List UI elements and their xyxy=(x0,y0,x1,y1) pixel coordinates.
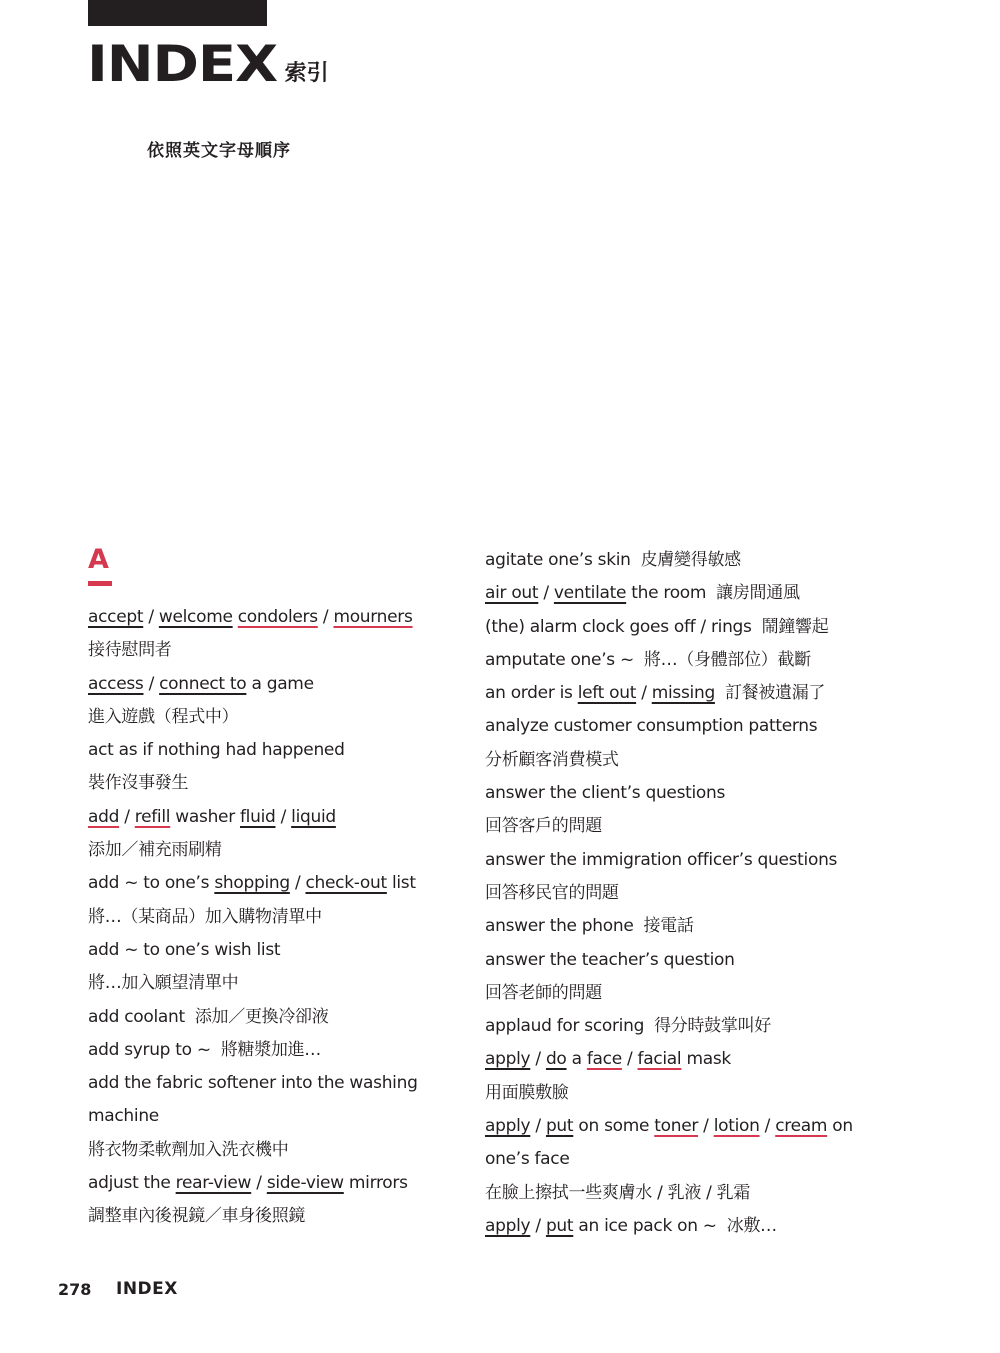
entry-text: 回答老師的問題 xyxy=(485,983,602,1003)
index-entry-line: add the fabric softener into the washing xyxy=(88,1067,488,1100)
entry-list-right: agitate one’s skin皮膚變得敏感air out / ventil… xyxy=(485,544,885,1243)
underlined-term: apply xyxy=(485,1116,530,1136)
underlined-term: air out xyxy=(485,583,538,603)
header-decor-bar xyxy=(88,0,267,26)
index-entry-line: add coolant添加／更換冷卻液 xyxy=(88,1001,488,1034)
index-entry-line: apply / put an ice pack on ~冰敷… xyxy=(485,1210,885,1243)
entry-text: / xyxy=(530,1049,546,1069)
page-title: INDEX 索引 xyxy=(87,36,329,86)
underlined-term: rear-view xyxy=(176,1173,252,1193)
index-entry-line: accept / welcome condolers / mourners xyxy=(88,601,488,634)
highlighted-term: mourners xyxy=(333,607,412,627)
entry-list-left: accept / welcome condolers / mourners接待慰… xyxy=(88,601,488,1234)
index-entry-line: 分析顧客消費模式 xyxy=(485,744,885,777)
entry-text: / xyxy=(143,674,159,694)
entry-text: on some xyxy=(573,1116,654,1136)
entry-text: 接待慰問者 xyxy=(88,640,172,660)
index-entry-line: add syrup to ~將糖漿加進… xyxy=(88,1034,488,1067)
highlighted-term: facial xyxy=(638,1049,682,1069)
entry-text: on xyxy=(827,1116,853,1136)
index-entry-line: 回答老師的問題 xyxy=(485,977,885,1010)
translation-text: 添加／更換冷卻液 xyxy=(195,1007,329,1027)
index-column-left: A accept / welcome condolers / mourners接… xyxy=(88,545,488,1234)
entry-text: 將衣物柔軟劑加入洗衣機中 xyxy=(88,1140,288,1160)
entry-text: machine xyxy=(88,1106,159,1126)
entry-text: / xyxy=(318,607,334,627)
entry-text: / xyxy=(698,1116,714,1136)
entry-text: 回答客戶的問題 xyxy=(485,816,602,836)
entry-text: 在臉上擦拭一些爽膚水 / 乳液 / 乳霜 xyxy=(485,1183,750,1203)
index-entry-line: 將衣物柔軟劑加入洗衣機中 xyxy=(88,1134,488,1167)
index-entry-line: 進入遊戲（程式中） xyxy=(88,701,488,734)
underlined-term: side-view xyxy=(267,1173,344,1193)
index-column-right: agitate one’s skin皮膚變得敏感air out / ventil… xyxy=(485,544,885,1243)
entry-text: an order is xyxy=(485,683,578,703)
entry-text: / xyxy=(290,873,306,893)
index-entry-line: machine xyxy=(88,1100,488,1133)
translation-text: 訂餐被遺漏了 xyxy=(725,683,825,703)
subtitle: 依照英文字母順序 xyxy=(147,136,291,161)
translation-text: 讓房間通風 xyxy=(716,583,800,603)
underlined-term: apply xyxy=(485,1216,530,1236)
entry-text: 裝作沒事發生 xyxy=(88,773,188,793)
underlined-term: shopping xyxy=(214,873,290,893)
index-entry-line: 接待慰問者 xyxy=(88,634,488,667)
entry-text: 進入遊戲（程式中） xyxy=(88,707,238,727)
index-entry-line: answer the phone接電話 xyxy=(485,910,885,943)
entry-text: / xyxy=(530,1116,546,1136)
underlined-term: welcome xyxy=(159,607,233,627)
entry-text: act as if nothing had happened xyxy=(88,740,345,760)
entry-text: add ~ to one’s wish list xyxy=(88,940,280,960)
section-letter-underline xyxy=(88,581,112,586)
title-english: INDEX xyxy=(87,42,277,86)
index-entry-line: one’s face xyxy=(485,1143,885,1176)
index-entry-line: agitate one’s skin皮膚變得敏感 xyxy=(485,544,885,577)
index-entry-line: 在臉上擦拭一些爽膚水 / 乳液 / 乳霜 xyxy=(485,1177,885,1210)
entry-text: answer the immigration officer’s questio… xyxy=(485,850,837,870)
underlined-term: do xyxy=(546,1049,567,1069)
entry-text: 分析顧客消費模式 xyxy=(485,750,619,770)
index-entry-line: answer the client’s questions xyxy=(485,777,885,810)
entry-text: / xyxy=(622,1049,638,1069)
underlined-term: put xyxy=(546,1116,573,1136)
underlined-term: connect to xyxy=(159,674,246,694)
index-entry-line: 將…（某商品）加入購物清單中 xyxy=(88,901,488,934)
index-entry-line: analyze customer consumption patterns xyxy=(485,710,885,743)
underlined-term: liquid xyxy=(291,807,336,827)
entry-text: 將…加入願望清單中 xyxy=(88,973,238,993)
index-entry-line: applaud for scoring得分時鼓掌叫好 xyxy=(485,1010,885,1043)
entry-text: answer the client’s questions xyxy=(485,783,725,803)
page-number: 278 xyxy=(58,1280,116,1299)
highlighted-term: refill xyxy=(135,807,170,827)
highlighted-term: toner xyxy=(654,1116,698,1136)
index-entry-line: 將…加入願望清單中 xyxy=(88,967,488,1000)
entry-text: add ~ to one’s xyxy=(88,873,214,893)
index-entry-line: 裝作沒事發生 xyxy=(88,767,488,800)
index-entry-line: add ~ to one’s shopping / check-out list xyxy=(88,867,488,900)
entry-text: / xyxy=(538,583,554,603)
index-entry-line: 添加／補充雨刷精 xyxy=(88,834,488,867)
highlighted-term: lotion xyxy=(714,1116,760,1136)
index-entry-line: 調整車內後視鏡／車身後照鏡 xyxy=(88,1200,488,1233)
index-entry-line: apply / put on some toner / lotion / cre… xyxy=(485,1110,885,1143)
entry-text: an ice pack on ~ xyxy=(573,1216,716,1236)
underlined-term: access xyxy=(88,674,143,694)
translation-text: 接電話 xyxy=(644,916,694,936)
underlined-term: ventilate xyxy=(554,583,626,603)
index-entry-line: access / connect to a game xyxy=(88,668,488,701)
highlighted-term: condolers xyxy=(238,607,318,627)
entry-text: amputate one’s ~ xyxy=(485,650,634,670)
underlined-term: check-out xyxy=(305,873,386,893)
entry-text: (the) alarm clock goes off / rings xyxy=(485,617,752,637)
entry-text: / xyxy=(636,683,652,703)
underlined-term: fluid xyxy=(240,807,276,827)
entry-text: adjust the xyxy=(88,1173,176,1193)
entry-text: / xyxy=(760,1116,776,1136)
entry-text: add syrup to ~ xyxy=(88,1040,211,1060)
index-entry-line: 回答移民官的問題 xyxy=(485,877,885,910)
entry-text: mirrors xyxy=(344,1173,408,1193)
entry-text: / xyxy=(276,807,292,827)
translation-text: 得分時鼓掌叫好 xyxy=(654,1016,771,1036)
entry-text: agitate one’s skin xyxy=(485,550,631,570)
entry-text: applaud for scoring xyxy=(485,1016,644,1036)
entry-text: add the fabric softener into the washing xyxy=(88,1073,418,1093)
entry-text: 用面膜敷臉 xyxy=(485,1083,569,1103)
entry-text: add coolant xyxy=(88,1007,185,1027)
index-entry-line: 用面膜敷臉 xyxy=(485,1077,885,1110)
entry-text: / xyxy=(251,1173,267,1193)
highlighted-term: add xyxy=(88,807,119,827)
translation-text: 鬧鐘響起 xyxy=(762,617,829,637)
entry-text: a game xyxy=(246,674,313,694)
entry-text: 將…（某商品）加入購物清單中 xyxy=(88,907,322,927)
translation-text: 冰敷… xyxy=(727,1216,777,1236)
title-chinese: 索引 xyxy=(285,62,329,86)
entry-text: one’s face xyxy=(485,1149,570,1169)
index-entry-line: answer the teacher’s question xyxy=(485,944,885,977)
underlined-term: accept xyxy=(88,607,143,627)
entry-text: mask xyxy=(681,1049,731,1069)
index-entry-line: (the) alarm clock goes off / rings鬧鐘響起 xyxy=(485,611,885,644)
section-letter: A xyxy=(88,545,488,575)
index-entry-line: adjust the rear-view / side-view mirrors xyxy=(88,1167,488,1200)
entry-text: / xyxy=(119,807,135,827)
entry-text: 調整車內後視鏡／車身後照鏡 xyxy=(88,1206,305,1226)
translation-text: 將糖漿加進… xyxy=(221,1040,321,1060)
index-entry-line: add / refill washer fluid / liquid xyxy=(88,801,488,834)
index-entry-line: add ~ to one’s wish list xyxy=(88,934,488,967)
footer-title: INDEX xyxy=(116,1279,178,1299)
entry-text: answer the teacher’s question xyxy=(485,950,735,970)
page-footer: 278 INDEX xyxy=(58,1279,178,1299)
underlined-term: left out xyxy=(578,683,636,703)
index-entry-line: apply / do a face / facial mask xyxy=(485,1043,885,1076)
entry-text: / xyxy=(143,607,159,627)
index-entry-line: amputate one’s ~將…（身體部位）截斷 xyxy=(485,644,885,677)
index-entry-line: act as if nothing had happened xyxy=(88,734,488,767)
translation-text: 皮膚變得敏感 xyxy=(641,550,741,570)
highlighted-term: cream xyxy=(775,1116,827,1136)
index-entry-line: an order is left out / missing訂餐被遺漏了 xyxy=(485,677,885,710)
entry-text: washer xyxy=(170,807,240,827)
highlighted-term: face xyxy=(587,1049,622,1069)
entry-text: 回答移民官的問題 xyxy=(485,883,619,903)
underlined-term: missing xyxy=(652,683,715,703)
index-entry-line: air out / ventilate the room讓房間通風 xyxy=(485,577,885,610)
underlined-term: apply xyxy=(485,1049,530,1069)
entry-text: / xyxy=(530,1216,546,1236)
entry-text: list xyxy=(387,873,416,893)
index-entry-line: answer the immigration officer’s questio… xyxy=(485,844,885,877)
entry-text: the room xyxy=(626,583,706,603)
entry-text: analyze customer consumption patterns xyxy=(485,716,817,736)
index-entry-line: 回答客戶的問題 xyxy=(485,810,885,843)
entry-text: a xyxy=(567,1049,587,1069)
entry-text: 添加／補充雨刷精 xyxy=(88,840,222,860)
translation-text: 將…（身體部位）截斷 xyxy=(644,650,811,670)
entry-text: answer the phone xyxy=(485,916,634,936)
underlined-term: put xyxy=(546,1216,573,1236)
